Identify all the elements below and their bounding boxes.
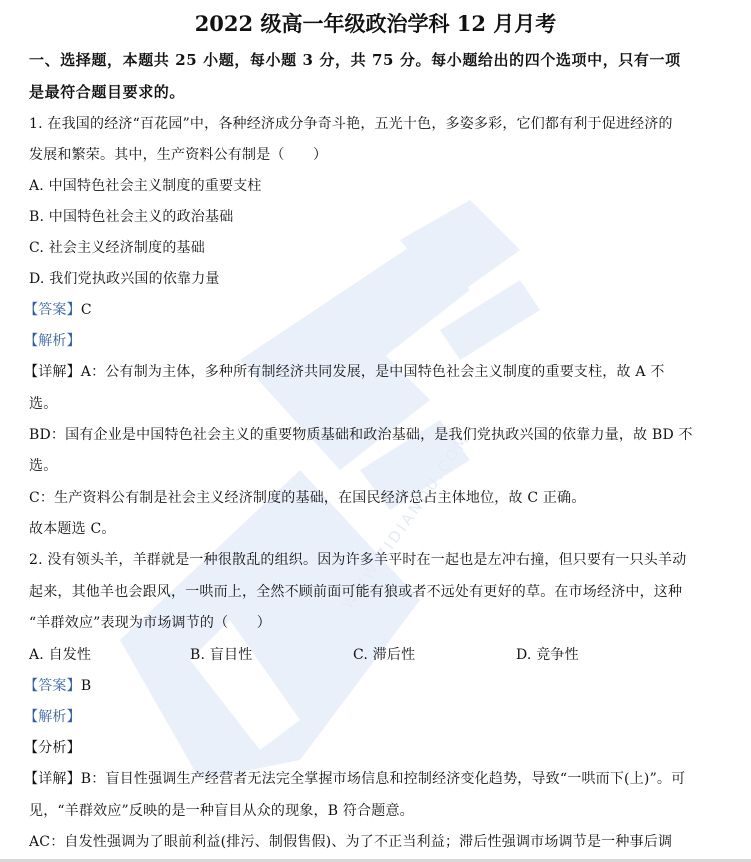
question-2-answer: 【答案】B xyxy=(24,676,91,696)
section-heading-line-2: 是最符合题目要求的。 xyxy=(29,82,185,102)
question-1-detail-line-5: C：生产资料公有制是社会主义经济制度的基础，在国民经济总占主体地位，故 C 正确… xyxy=(29,488,586,508)
question-2-option-b: B. 盲目性 xyxy=(190,645,252,665)
question-1-detail-line-4: 选。 xyxy=(29,456,57,476)
question-1-option-b: B. 中国特色社会主义的政治基础 xyxy=(29,207,233,227)
question-1-detail-line-6: 故本题选 C。 xyxy=(29,519,116,539)
question-2-option-c: C. 滞后性 xyxy=(353,645,415,665)
question-2-stem-line-2: 起来，其他羊也会跟风，一哄而上，全然不顾前面可能有狼或者不远处有更好的草。在市场… xyxy=(29,582,682,602)
question-2-option-d: D. 竞争性 xyxy=(516,645,579,665)
document-title: 2022 级高一年级政治学科 12 月月考 xyxy=(0,10,751,38)
question-2-fenxi-tag: 【分析】 xyxy=(24,738,81,758)
question-1-stem-line-1: 1. 在我国的经济“百花园”中，各种经济成分争奇斗艳，五光十色，多姿多彩，它们都… xyxy=(29,114,673,134)
answer-value: C xyxy=(81,302,92,318)
question-1-detail-line-3: BD：国有企业是中国特色社会主义的重要物质基础和政治基础，是我们党执政兴国的依靠… xyxy=(29,425,693,445)
question-1-detail-line-2: 选。 xyxy=(29,394,57,414)
answer-value: B xyxy=(81,678,92,694)
question-1-option-c: C. 社会主义经济制度的基础 xyxy=(29,238,205,258)
question-2-detail-line-1: 【详解】B：盲目性强调生产经营者无法完全掌握市场信息和控制经济变化趋势，导致“一… xyxy=(24,769,685,789)
question-1-answer: 【答案】C xyxy=(24,300,92,320)
question-2-stem-line-3: “羊群效应”表现为市场调节的（ ） xyxy=(29,613,271,633)
answer-tag: 【答案】 xyxy=(24,302,81,318)
question-2-detail-line-3: AC：自发性强调为了眼前利益(排污、制假售假)、为了不正当利益；滞后性强调市场调… xyxy=(29,832,672,852)
question-1-detail-line-1: 【详解】A：公有制为主体，多种所有制经济共同发展，是中国特色社会主义制度的重要支… xyxy=(24,362,665,382)
question-1-stem-line-2: 发展和繁荣。其中，生产资料公有制是（ ） xyxy=(29,145,327,165)
question-2-stem-line-1: 2. 没有领头羊，羊群就是一种很散乱的组织。因为许多羊平时在一起也是左冲右撞，但… xyxy=(29,550,686,570)
question-2-detail-line-2: 见，“羊群效应”反映的是一种盲目从众的现象，B 符合题意。 xyxy=(29,801,414,821)
question-2-analysis-tag: 【解析】 xyxy=(24,707,81,727)
question-1-option-a: A. 中国特色社会主义制度的重要支柱 xyxy=(29,176,262,196)
document-page: WWW.ZIDIANDU.COM 2022 级高一年级政治学科 12 月月考 一… xyxy=(0,0,751,860)
question-2-option-a: A. 自发性 xyxy=(29,645,91,665)
question-1-option-d: D. 我们党执政兴国的依靠力量 xyxy=(29,269,220,289)
answer-tag: 【答案】 xyxy=(24,678,81,694)
question-1-analysis-tag: 【解析】 xyxy=(24,331,81,351)
section-heading-line-1: 一、选择题，本题共 25 小题，每小题 3 分，共 75 分。每小题给出的四个选… xyxy=(29,50,681,70)
